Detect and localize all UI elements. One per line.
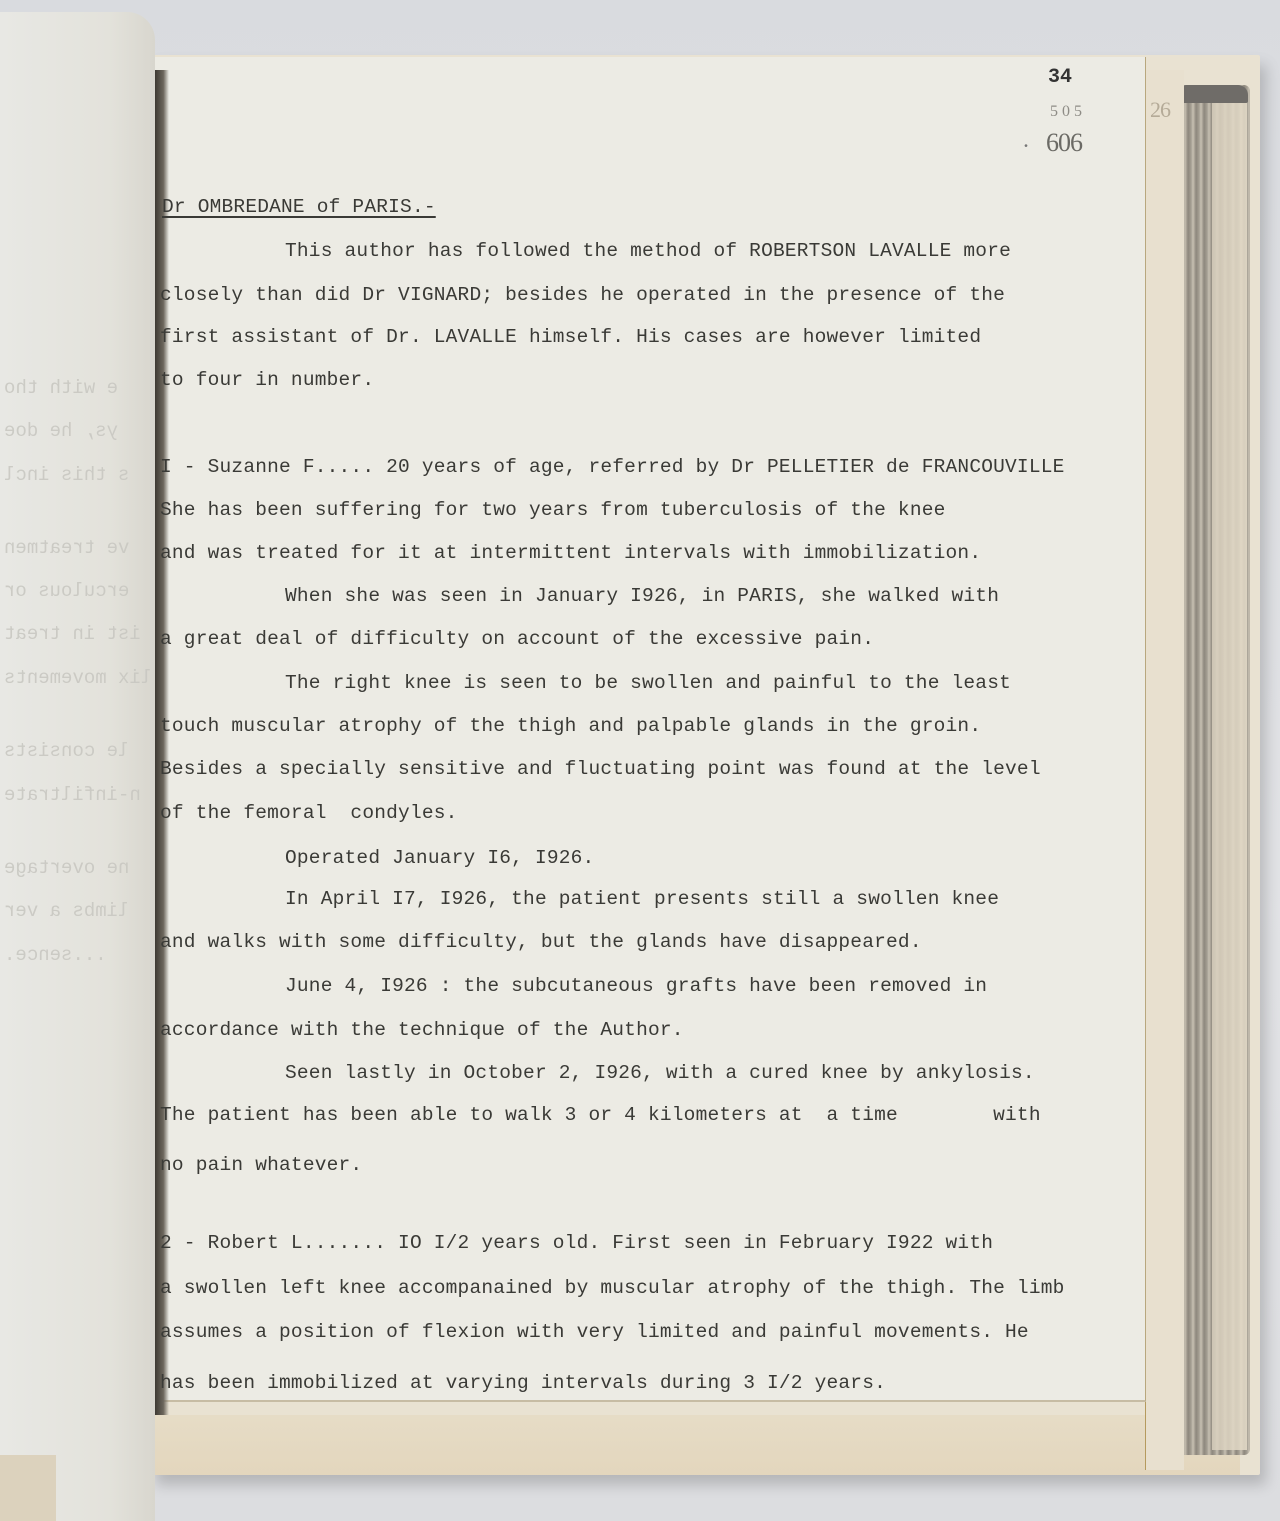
pencil-folio-number: 505 <box>1050 103 1086 121</box>
gutter-shadow <box>155 70 169 1415</box>
text-line: of the femoral condyles. <box>160 802 458 824</box>
text-line: a swollen left knee accompanained by mus… <box>160 1277 1065 1299</box>
left-curled-page: e with tho ys, he doe s this incl ve tre… <box>0 12 155 1521</box>
text-line: no pain whatever. <box>160 1154 362 1176</box>
text-line: first assistant of Dr. LAVALLE himself. … <box>160 326 981 348</box>
text-line: has been immobilized at varying interval… <box>160 1372 886 1394</box>
page-number: 34 <box>1048 66 1072 89</box>
text-line: closely than did Dr VIGNARD; besides he … <box>160 284 1005 306</box>
stamped-folio-number: 606 <box>1046 128 1082 158</box>
pencil-mark: • <box>1023 142 1029 153</box>
text-line: assumes a position of flexion with very … <box>160 1321 1029 1343</box>
text-line: The right knee is seen to be swollen and… <box>285 672 1011 694</box>
ghost-text: s this incl <box>4 464 129 486</box>
case-1-intro: I - Suzanne F..... 20 years of age, refe… <box>160 456 1065 478</box>
ghost-text: ys, he doe <box>4 420 118 442</box>
text-line: touch muscular atrophy of the thigh and … <box>160 715 981 737</box>
text-line: This author has followed the method of R… <box>285 240 1011 262</box>
text-line: When she was seen in January I926, in PA… <box>285 585 999 607</box>
left-page-underlayer <box>0 1455 56 1521</box>
text-line: to four in number. <box>160 369 374 391</box>
book-cover-corner <box>1182 85 1248 103</box>
text-line: Operated January I6, I926. <box>285 847 594 869</box>
guard-page-number: 26 <box>1150 100 1170 120</box>
text-line: accordance with the technique of the Aut… <box>160 1019 684 1041</box>
ghost-text: ne overtage <box>4 857 129 879</box>
ghost-text: n-infiltrate <box>4 784 141 806</box>
ghost-text: limbs a ver <box>4 900 129 922</box>
text-line: She has been suffering for two years fro… <box>160 499 946 521</box>
text-line: The patient has been able to walk 3 or 4… <box>160 1104 1041 1126</box>
section-heading: Dr OMBREDANE of PARIS.- <box>162 196 436 218</box>
ghost-text: ...sence. <box>4 944 107 966</box>
text-line: Seen lastly in October 2, I926, with a c… <box>285 1062 1035 1084</box>
ghost-text: ve treatmen <box>4 537 129 559</box>
text-line: Besides a specially sensitive and fluctu… <box>160 758 1041 780</box>
text-line: and walks with some difficulty, but the … <box>160 931 922 953</box>
ghost-text: ist in treat <box>4 623 141 645</box>
case-2-intro: 2 - Robert L....... IO I/2 years old. Fi… <box>160 1232 993 1254</box>
previous-sheet-guard <box>1145 70 1184 1470</box>
ghost-text: erculous or <box>4 580 129 602</box>
book-torn-edge <box>1212 100 1247 1450</box>
text-line: In April I7, I926, the patient presents … <box>285 888 999 910</box>
board-bottom-edge <box>150 1415 1240 1475</box>
text-line: a great deal of difficulty on account of… <box>160 628 874 650</box>
text-line: and was treated for it at intermittent i… <box>160 542 981 564</box>
text-line: June 4, I926 : the subcutaneous grafts h… <box>285 975 987 997</box>
ghost-text: lix movements <box>4 667 152 689</box>
ghost-text: e with tho <box>4 377 118 399</box>
ghost-text: le consists <box>4 740 129 762</box>
